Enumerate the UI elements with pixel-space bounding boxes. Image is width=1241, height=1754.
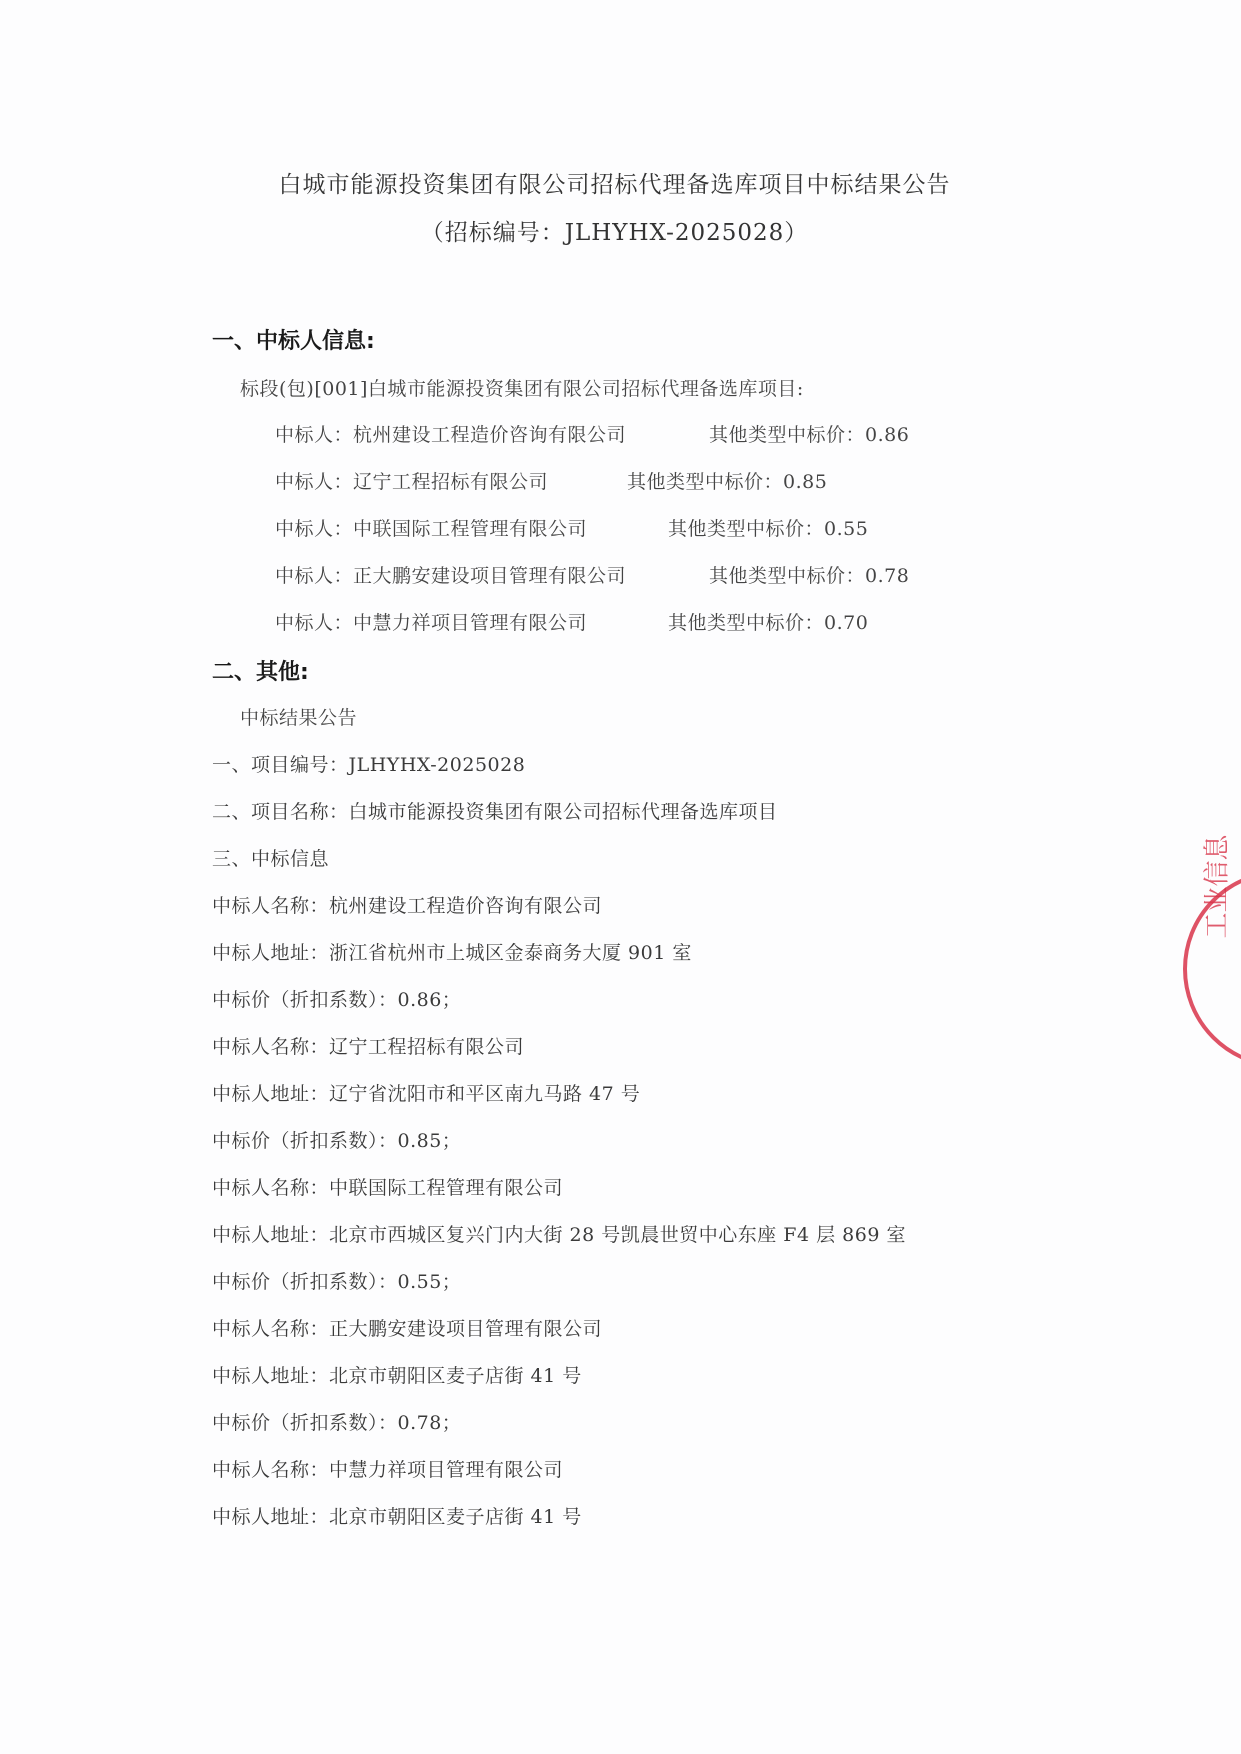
winner-name: 中慧力祥项目管理有限公司 [353,612,587,634]
result-subtitle: 中标结果公告 [240,703,357,730]
project-number: 一、项目编号：JLHYHX-2025028 [212,750,525,777]
winner-detail-name: 中标人名称：辽宁工程招标有限公司 [212,1032,524,1059]
winner-price: 其他类型中标价：0.85 [627,467,827,494]
winner-name: 中联国际工程管理有限公司 [353,518,587,540]
winner-row: 中标人：正大鹏安建设项目管理有限公司 其他类型中标价：0.78 [275,561,626,588]
winner-detail-name: 中标人名称：中慧力祥项目管理有限公司 [212,1455,563,1482]
winner-detail-price: 中标价（折扣系数）：0.55； [212,1267,461,1294]
winner-detail-address: 中标人地址：北京市朝阳区麦子店街 41 号 [212,1361,582,1388]
bid-info-heading: 三、中标信息 [212,844,329,871]
winner-detail-address: 中标人地址：辽宁省沈阳市和平区南九马路 47 号 [212,1079,640,1106]
winner-detail-address: 中标人地址：北京市朝阳区麦子店街 41 号 [212,1502,582,1529]
winner-price: 其他类型中标价：0.78 [709,561,909,588]
bid-number: （招标编号：JLHYHX-2025028） [0,214,1235,247]
project-name: 二、项目名称：白城市能源投资集团有限公司招标代理备选库项目 [212,797,778,824]
winner-detail-name: 中标人名称：正大鹏安建设项目管理有限公司 [212,1314,602,1341]
winner-name: 杭州建设工程造价咨询有限公司 [353,424,626,446]
winner-label: 中标人： [275,518,353,540]
winner-label: 中标人： [275,565,353,587]
winner-label: 中标人： [275,612,353,634]
section-heading-winner-info: 一、中标人信息: [212,324,375,355]
section-heading-other: 二、其他: [212,655,309,686]
winner-detail-name: 中标人名称：杭州建设工程造价咨询有限公司 [212,891,602,918]
winner-row: 中标人：中联国际工程管理有限公司 其他类型中标价：0.55 [275,514,587,541]
winner-row: 中标人：杭州建设工程造价咨询有限公司 其他类型中标价：0.86 [275,420,626,447]
winner-name: 辽宁工程招标有限公司 [353,471,548,493]
winner-detail-address: 中标人地址：北京市西城区复兴门内大街 28 号凯晨世贸中心东座 F4 层 869… [212,1220,906,1247]
winner-detail-name: 中标人名称：中联国际工程管理有限公司 [212,1173,563,1200]
winner-label: 中标人： [275,471,353,493]
winner-row: 中标人：辽宁工程招标有限公司 其他类型中标价：0.85 [275,467,548,494]
lot-line: 标段(包)[001]白城市能源投资集团有限公司招标代理备选库项目: [240,374,804,401]
winner-price: 其他类型中标价：0.70 [668,608,868,635]
document-page: 白城市能源投资集团有限公司招标代理备选库项目中标结果公告 （招标编号：JLHYH… [0,0,1241,1754]
winner-price: 其他类型中标价：0.86 [709,420,909,447]
winner-detail-price: 中标价（折扣系数）：0.86； [212,985,461,1012]
seal-text: 工业信息 [1197,909,1234,939]
document-title: 白城市能源投资集团有限公司招标代理备选库项目中标结果公告 [0,166,1235,199]
winner-detail-price: 中标价（折扣系数）：0.78； [212,1408,461,1435]
winner-price: 其他类型中标价：0.55 [668,514,868,541]
winner-label: 中标人： [275,424,353,446]
winner-row: 中标人：中慧力祥项目管理有限公司 其他类型中标价：0.70 [275,608,587,635]
winner-detail-address: 中标人地址：浙江省杭州市上城区金泰商务大厦 901 室 [212,938,692,965]
winner-name: 正大鹏安建设项目管理有限公司 [353,565,626,587]
winner-detail-price: 中标价（折扣系数）：0.85； [212,1126,461,1153]
